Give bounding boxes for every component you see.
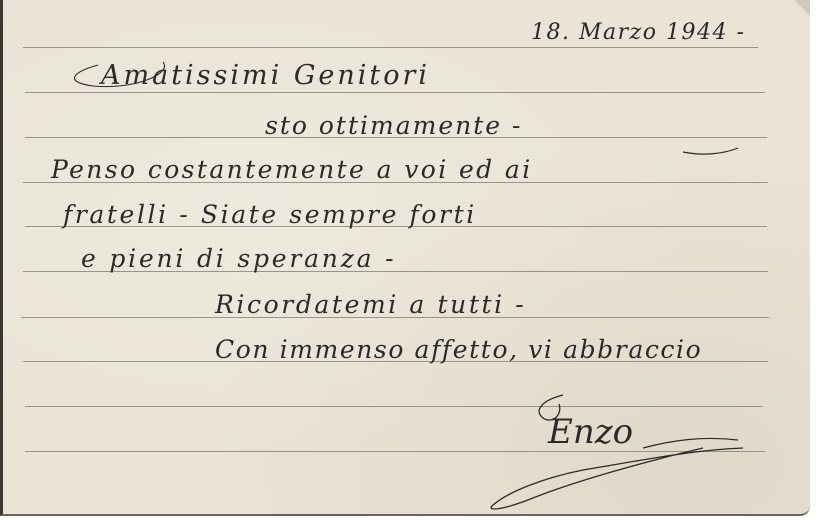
ruled-line [23, 47, 758, 48]
letter-signature: Enzo [548, 415, 633, 449]
ruled-line [25, 92, 765, 93]
ruled-line [25, 451, 765, 452]
letter-line-2: Penso costantemente a voi ed ai [51, 157, 533, 182]
letter-salutation: Amatissimi Genitori [101, 62, 430, 89]
ruled-line [25, 406, 763, 407]
corner-fold [794, 0, 810, 16]
letter-line-6: Con immenso affetto, vi abbraccio [215, 337, 702, 362]
letter-line-4: e pieni di speranza - [81, 246, 396, 271]
letter-line-5: Ricordatemi a tutti - [215, 292, 526, 317]
letter-date: 18. Marzo 1944 - [531, 22, 745, 44]
letter-card: 18. Marzo 1944 - Amatissimi Genitori sto… [0, 0, 810, 516]
letter-line-3: fratelli - Siate sempre forti [63, 202, 477, 227]
letter-line-1: sto ottimamente - [265, 113, 522, 138]
